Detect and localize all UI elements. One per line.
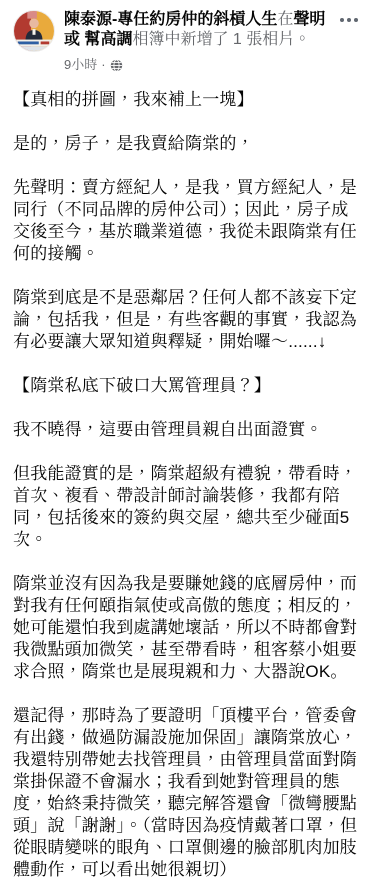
post-text: 【真相的拼圖，我來補上一塊】 是的，房子，是我賣給隋棠的， 先聲明：賣方經紀人，…: [0, 75, 374, 879]
avatar-image: [14, 11, 54, 51]
post-header: 陳泰源-專任約房仲的斜槓人生在聲明 或 幫高調相簿中新增了 1 張相片。 9小時…: [0, 0, 374, 75]
globe-icon: [110, 59, 123, 72]
byline-connector: 在: [277, 11, 293, 28]
byline-suffix: 相簿中新增了 1 張相片。: [132, 31, 310, 48]
post-paragraph: 隋棠並沒有因為我是要賺她錢的底層房仲，而對我有任何頤指氣使或高傲的態度；相反的，…: [13, 573, 361, 683]
post-paragraph: 【隋棠私底下破口大罵管理員？】: [13, 375, 361, 397]
post-meta: 9小時 ·: [64, 55, 332, 75]
post-paragraph: 是的，房子，是我賣給隋棠的，: [13, 133, 361, 155]
ellipsis-icon: [340, 18, 358, 22]
post-byline: 陳泰源-專任約房仲的斜槓人生在聲明 或 幫高調相簿中新增了 1 張相片。 9小時…: [64, 10, 332, 75]
post-paragraph: 但我能證實的是，隋棠超級有禮貌，帶看時，首次、複看、帶設計師討論裝修，我都有陪同…: [13, 463, 361, 551]
facebook-post: 陳泰源-專任約房仲的斜槓人生在聲明 或 幫高調相簿中新增了 1 張相片。 9小時…: [0, 0, 374, 879]
post-paragraph: 還記得，那時為了要證明「頂樓平台，管委會有出錢，做過防漏設施加保固」讓隋棠放心，…: [13, 705, 361, 879]
timestamp-link[interactable]: 9小時: [64, 55, 97, 75]
post-paragraph: 隋棠到底是不是惡鄰居？任何人都不該妄下定論，包括我，但是，有些客觀的事實，我認為…: [13, 287, 361, 353]
post-paragraph: 【真相的拼圖，我來補上一塊】: [13, 89, 361, 111]
more-options-button[interactable]: [336, 10, 362, 30]
profile-name-link[interactable]: 陳泰源-專任約房仲的斜槓人生: [64, 11, 277, 28]
post-paragraph: 我不曉得，這要由管理員親自出面證實。: [13, 419, 361, 441]
avatar[interactable]: [13, 10, 55, 52]
post-paragraph: 先聲明：賣方經紀人，是我，買方經紀人，是同行（不同品牌的房仲公司）；因此，房子成…: [13, 177, 361, 265]
meta-separator: ·: [101, 55, 105, 75]
